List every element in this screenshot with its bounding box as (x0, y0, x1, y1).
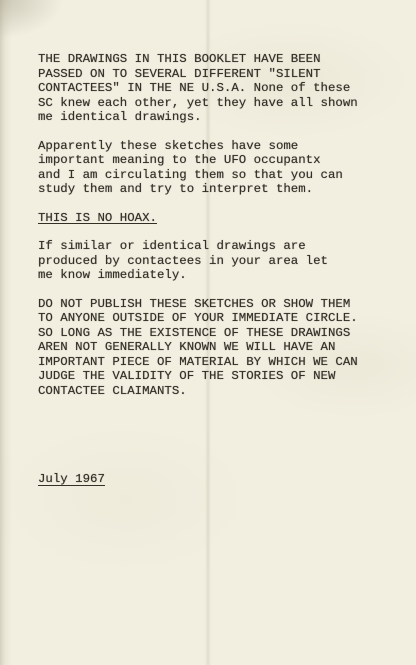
paragraph-do-not-publish: DO NOT PUBLISH THESE SKETCHES OR SHOW TH… (38, 297, 388, 399)
paragraph-drawings-booklet: THE DRAWINGS IN THIS BOOKLET HAVE BEEN P… (38, 52, 388, 125)
paragraph-similar-drawings: If similar or identical drawings are pro… (38, 239, 388, 283)
heading-no-hoax: THIS IS NO HOAX. (38, 211, 388, 226)
scanned-typewritten-page: THE DRAWINGS IN THIS BOOKLET HAVE BEEN P… (0, 0, 416, 665)
date-line: July 1967 (38, 472, 105, 487)
typewritten-text-block: THE DRAWINGS IN THIS BOOKLET HAVE BEEN P… (38, 52, 388, 487)
paragraph-sketches-meaning: Apparently these sketches have some impo… (38, 139, 388, 197)
